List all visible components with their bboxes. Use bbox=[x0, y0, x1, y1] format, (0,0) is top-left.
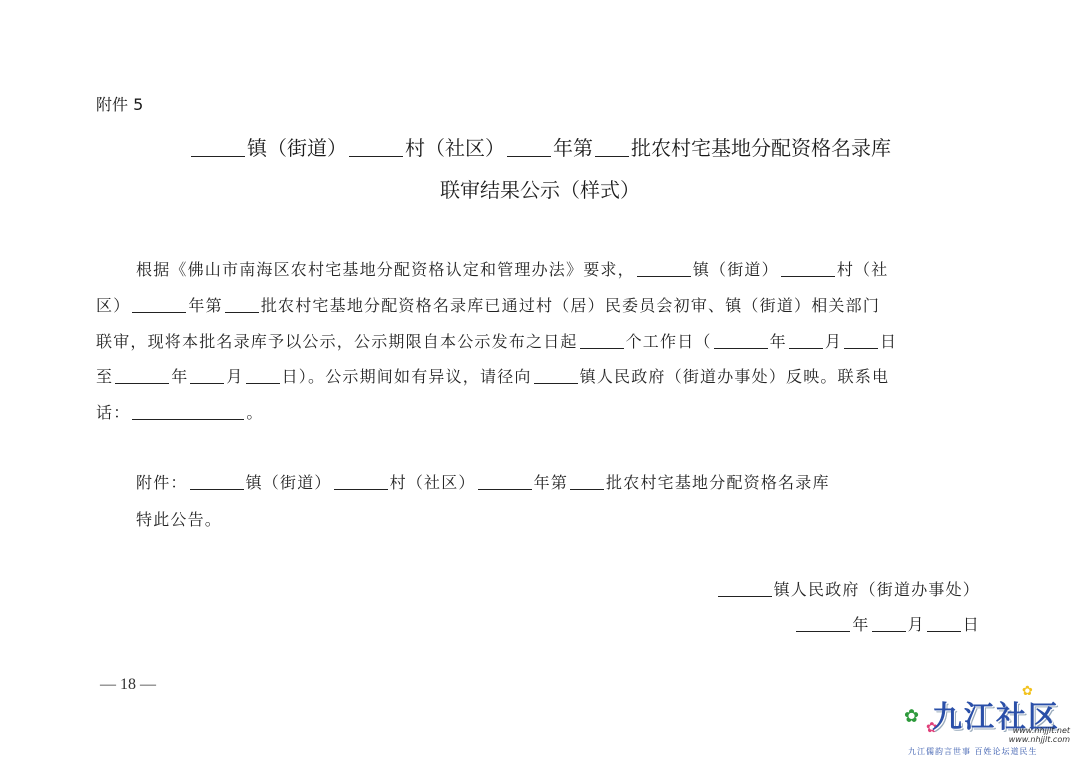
url-text: www.nhjjlt.net bbox=[1009, 726, 1070, 735]
text: 附件： bbox=[136, 473, 188, 492]
title-line-1: 镇（街道）村（社区）年第批农村宅基地分配资格名录库 bbox=[0, 132, 1080, 161]
text: 村（社区） bbox=[390, 473, 476, 492]
text: 个工作日（ bbox=[626, 332, 712, 351]
attachment-label: 附件 5 bbox=[96, 92, 143, 115]
text: 日 bbox=[963, 615, 980, 634]
text: 月 bbox=[908, 615, 925, 634]
body-line-2: 区）年第批农村宅基地分配资格名录库已通过村（居）民委员会初审、镇（街道）相关部门 bbox=[96, 293, 880, 316]
title-text: 村（社区） bbox=[405, 136, 505, 160]
watermark-logo: ✿ ✿ ✿ 九江社区 www.nhjjlt.net www.nhjjlt.com… bbox=[904, 692, 1074, 754]
text: 话： bbox=[96, 403, 130, 422]
logo-tagline: 九江儒韵言世事 百姓论坛道民生 bbox=[908, 746, 1038, 757]
text: 月 bbox=[226, 367, 243, 386]
url-text: www.nhjjlt.com bbox=[1009, 735, 1070, 744]
text: 区） bbox=[96, 296, 130, 315]
title-text: 年第 bbox=[553, 136, 593, 160]
page-number: — 18 — bbox=[100, 676, 156, 694]
text: 年第 bbox=[188, 296, 222, 315]
closing-text: 特此公告。 bbox=[136, 507, 222, 530]
logo-urls: www.nhjjlt.net www.nhjjlt.com bbox=[1009, 726, 1070, 744]
text: 至 bbox=[96, 367, 113, 386]
text: 年第 bbox=[534, 473, 568, 492]
title-line-2: 联审结果公示（样式） bbox=[0, 174, 1080, 203]
title-text: 批农村宅基地分配资格名录库 bbox=[631, 136, 891, 160]
text: 村（社 bbox=[837, 260, 889, 279]
text: 批农村宅基地分配资格名录库已通过村（居）民委员会初审、镇（街道）相关部门 bbox=[261, 296, 880, 315]
body-line-5: 话：。 bbox=[96, 400, 264, 423]
text: 月 bbox=[825, 332, 842, 351]
text: 镇人民政府（街道办事处） bbox=[774, 580, 980, 599]
body-line-4: 至年月日）。公示期间如有异议，请径向镇人民政府（街道办事处）反映。联系电 bbox=[96, 364, 889, 387]
signature-org: 镇人民政府（街道办事处） bbox=[716, 577, 980, 600]
body-line-1: 根据《佛山市南海区农村宅基地分配资格认定和管理办法》要求，镇（街道）村（社 bbox=[136, 257, 888, 280]
text: 镇（街道） bbox=[693, 260, 779, 279]
text: 。 bbox=[246, 403, 263, 422]
text: 联审，现将本批名录库予以公示，公示期限自本公示发布之日起 bbox=[96, 332, 578, 351]
text: 年 bbox=[770, 332, 787, 351]
text: 镇人民政府（街道办事处）反映。联系电 bbox=[580, 367, 890, 386]
body-line-3: 联审，现将本批名录库予以公示，公示期限自本公示发布之日起个工作日（年月日 bbox=[96, 329, 897, 352]
text: 日）。公示期间如有异议，请径向 bbox=[282, 367, 532, 386]
text: 年 bbox=[171, 367, 188, 386]
text: 日 bbox=[880, 332, 897, 351]
text: 镇（街道） bbox=[246, 473, 332, 492]
green-flower-icon: ✿ bbox=[904, 706, 919, 727]
text: 根据《佛山市南海区农村宅基地分配资格认定和管理办法》要求， bbox=[136, 260, 635, 279]
attachment-line: 附件：镇（街道）村（社区）年第批农村宅基地分配资格名录库 bbox=[136, 470, 830, 493]
text: 批农村宅基地分配资格名录库 bbox=[606, 473, 830, 492]
title-text: 镇（街道） bbox=[247, 136, 347, 160]
text: 年 bbox=[852, 615, 869, 634]
signature-date: 年月日 bbox=[794, 612, 980, 635]
